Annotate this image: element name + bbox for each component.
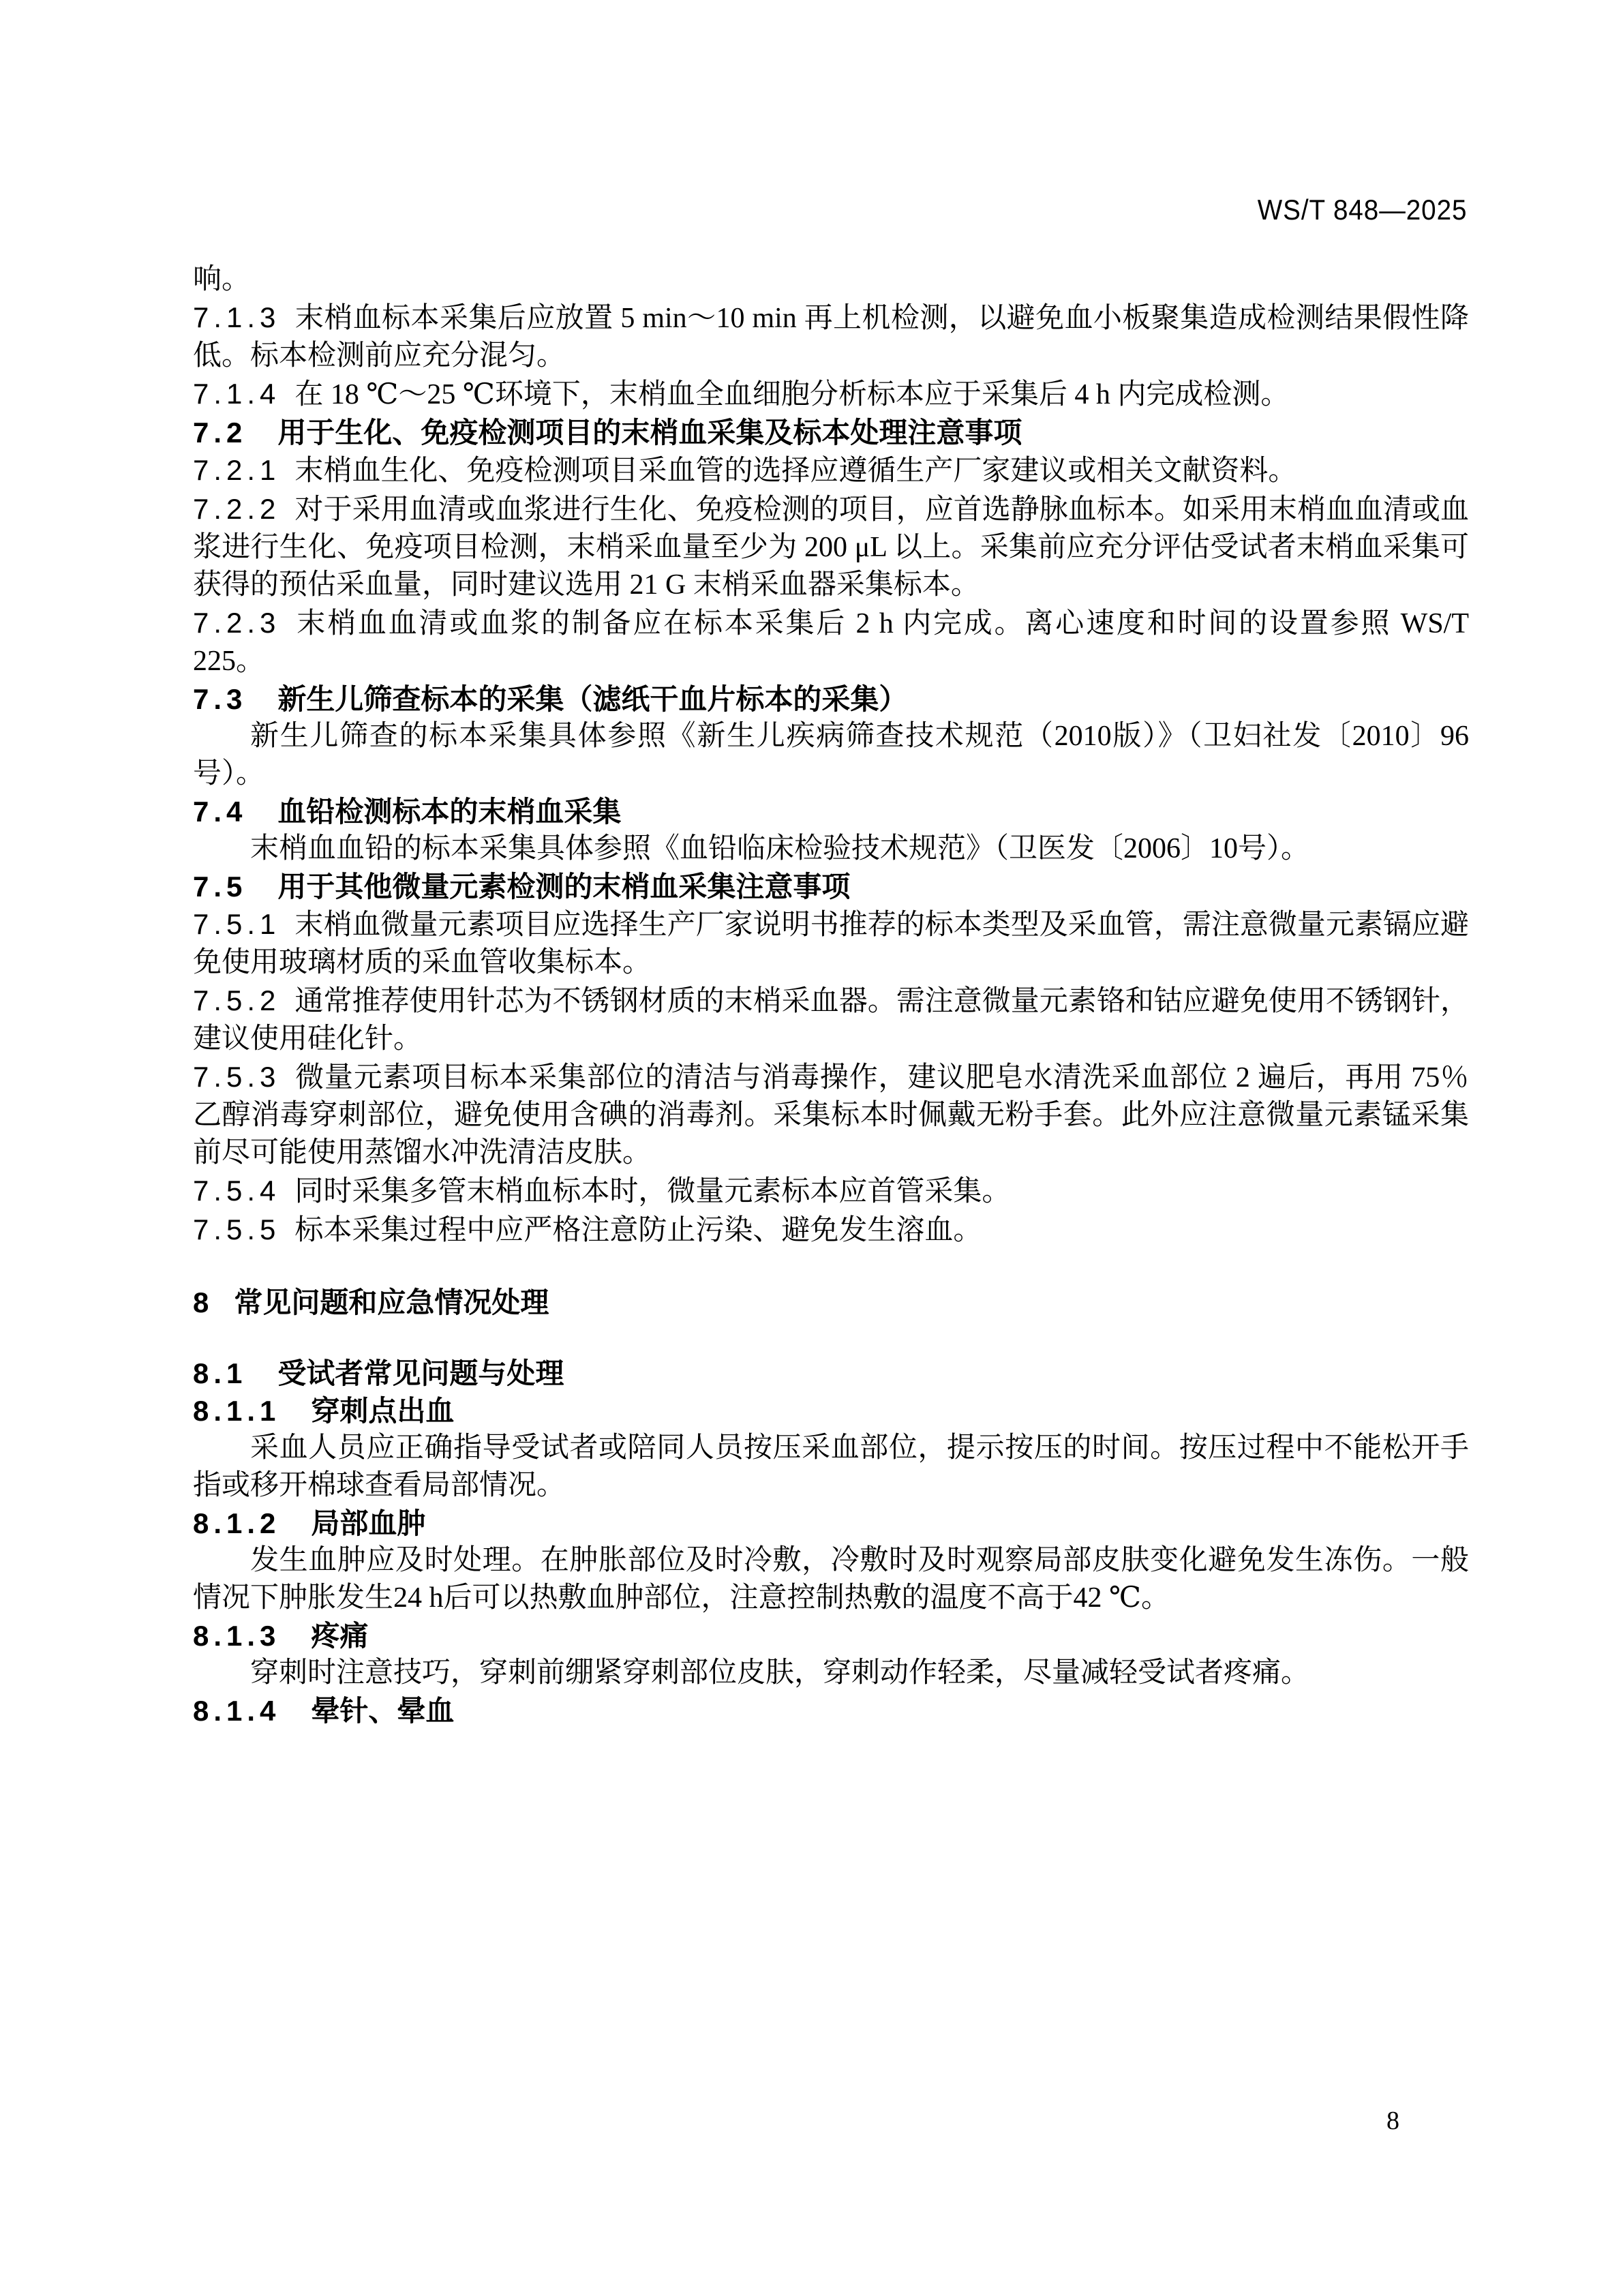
clause-text: 新生儿筛查的标本采集具体参照《新生儿疾病筛查技术规范（2010版）》（卫妇社发〔… (193, 721, 1469, 789)
paragraph: 采血人员应正确指导受试者或陪同人员按压采血部位，提示按压的时间。按压过程中不能松… (193, 1430, 1469, 1505)
clause-number: 8 (193, 1286, 213, 1318)
clause-text: 常见问题和应急情况处理 (234, 1286, 549, 1318)
clause-text: 微量元素项目标本采集部位的清洁与消毒操作，建议肥皂水清洗采血部位 2 遍后，再用… (193, 1062, 1469, 1168)
clause-text: 末梢血血铅的标本采集具体参照《血铅临床检验技术规范》（卫医发〔2006〕10号）… (250, 833, 1309, 864)
heading-8.1.3: 8.1.3疼痛 (193, 1617, 1469, 1655)
clause-text: 局部血肿 (311, 1507, 425, 1539)
clause-text: 用于生化、免疫检测项目的末梢血采集及标本处理注意事项 (277, 417, 1022, 449)
clause-7.2.2: 7.2.2对于采用血清或血浆进行生化、免疫检测的项目，应首选静脉血标本。如采用末… (193, 490, 1469, 604)
paragraph: 响。 (193, 261, 1469, 299)
heading-7.3: 7.3新生儿筛查标本的采集（滤纸干血片标本的采集） (193, 680, 1469, 718)
clause-number: 8.1.4 (193, 1695, 280, 1727)
paragraph: 发生血肿应及时处理。在肿胀部位及时冷敷，冷敷时及时观察局部皮肤变化避免发生冻伤。… (193, 1542, 1469, 1617)
heading-8: 8常见问题和应急情况处理 (193, 1284, 1469, 1321)
clause-text: 疼痛 (311, 1620, 368, 1652)
clause-number: 8.1.3 (193, 1620, 280, 1652)
clause-text: 末梢血血清或血浆的制备应在标本采集后 2 h 内完成。离心速度和时间的设置参照 … (193, 608, 1469, 677)
clause-number: 7.2.2 (193, 493, 280, 525)
clause-text: 新生儿筛查标本的采集（滤纸干血片标本的采集） (277, 683, 907, 715)
heading-7.4: 7.4血铅检测标本的末梢血采集 (193, 793, 1469, 830)
clause-7.1.3: 7.1.3末梢血标本采集后应放置 5 min～10 min 再上机检测，以避免血… (193, 299, 1469, 375)
paragraph: 新生儿筛查的标本采集具体参照《新生儿疾病筛查技术规范（2010版）》（卫妇社发〔… (193, 718, 1469, 793)
page-header-standard-number: WS/T 848—2025 (1257, 194, 1467, 226)
clause-text: 末梢血微量元素项目应选择生产厂家说明书推荐的标本类型及采血管，需注意微量元素镉应… (193, 909, 1469, 978)
clause-text: 血铅检测标本的末梢血采集 (277, 796, 621, 828)
page-number: 8 (1386, 2108, 1399, 2134)
heading-8.1.1: 8.1.1穿刺点出血 (193, 1392, 1469, 1430)
clause-text: 标本采集过程中应严格注意防止污染、避免发生溶血。 (294, 1215, 982, 1246)
clause-number: 7.2 (193, 417, 247, 449)
clause-text: 在 18 ℃～25 ℃环境下，末梢血全血细胞分析标本应于采集后 4 h 内完成检… (294, 379, 1289, 410)
heading-7.5: 7.5用于其他微量元素检测的末梢血采集注意事项 (193, 868, 1469, 905)
clause-number: 7.5.4 (193, 1175, 280, 1207)
clause-number: 7.1.3 (193, 301, 280, 333)
clause-7.5.1: 7.5.1末梢血微量元素项目应选择生产厂家说明书推荐的标本类型及采血管，需注意微… (193, 905, 1469, 982)
clause-number: 7.5.1 (193, 908, 280, 940)
clause-7.5.2: 7.5.2通常推荐使用针芯为不锈钢材质的末梢采血器。需注意微量元素铬和钴应避免使… (193, 982, 1469, 1058)
clause-number: 7.4 (193, 796, 247, 828)
clause-7.5.5: 7.5.5标本采集过程中应严格注意防止污染、避免发生溶血。 (193, 1211, 1469, 1250)
clause-text: 通常推荐使用针芯为不锈钢材质的末梢采血器。需注意微量元素铬和钴应避免使用不锈钢针… (193, 986, 1469, 1055)
clause-text: 受试者常见问题与处理 (277, 1357, 564, 1389)
clause-7.2.3: 7.2.3末梢血血清或血浆的制备应在标本采集后 2 h 内完成。离心速度和时间的… (193, 604, 1469, 680)
clause-number: 7.5.3 (193, 1061, 280, 1093)
clause-text: 采血人员应正确指导受试者或陪同人员按压采血部位，提示按压的时间。按压过程中不能松… (193, 1432, 1469, 1501)
clause-7.1.4: 7.1.4在 18 ℃～25 ℃环境下，末梢血全血细胞分析标本应于采集后 4 h… (193, 375, 1469, 414)
clause-number: 7.2.3 (193, 607, 280, 639)
clause-number: 7.5.5 (193, 1213, 280, 1245)
paragraph: 末梢血血铅的标本采集具体参照《血铅临床检验技术规范》（卫医发〔2006〕10号）… (193, 830, 1469, 868)
clause-number: 7.5.2 (193, 984, 280, 1016)
clause-number: 8.1 (193, 1357, 247, 1389)
clause-text: 响。 (193, 264, 250, 295)
heading-7.2: 7.2用于生化、免疫检测项目的末梢血采集及标本处理注意事项 (193, 414, 1469, 451)
heading-8.1.2: 8.1.2局部血肿 (193, 1505, 1469, 1542)
heading-8.1: 8.1受试者常见问题与处理 (193, 1355, 1469, 1392)
clause-number: 7.2.1 (193, 454, 280, 486)
clause-number: 7.1.4 (193, 378, 280, 410)
document-body: 响。7.1.3末梢血标本采集后应放置 5 min～10 min 再上机检测，以避… (193, 261, 1469, 1729)
clause-number: 7.3 (193, 683, 247, 715)
clause-7.5.3: 7.5.3微量元素项目标本采集部位的清洁与消毒操作，建议肥皂水清洗采血部位 2 … (193, 1058, 1469, 1172)
clause-text: 对于采用血清或血浆进行生化、免疫检测的项目，应首选静脉血标本。如采用末梢血血清或… (193, 494, 1469, 601)
clause-number: 7.5 (193, 871, 247, 903)
clause-7.2.1: 7.2.1末梢血生化、免疫检测项目采血管的选择应遵循生产厂家建议或相关文献资料。 (193, 451, 1469, 490)
heading-8.1.4: 8.1.4晕针、晕血 (193, 1692, 1469, 1729)
clause-text: 用于其他微量元素检测的末梢血采集注意事项 (277, 871, 850, 903)
clause-7.5.4: 7.5.4同时采集多管末梢血标本时，微量元素标本应首管采集。 (193, 1172, 1469, 1211)
clause-text: 末梢血标本采集后应放置 5 min～10 min 再上机检测，以避免血小板聚集造… (193, 303, 1469, 372)
clause-text: 穿刺点出血 (311, 1395, 454, 1427)
clause-text: 末梢血生化、免疫检测项目采血管的选择应遵循生产厂家建议或相关文献资料。 (294, 455, 1296, 487)
paragraph: 穿刺时注意技巧，穿刺前绷紧穿刺部位皮肤，穿刺动作轻柔，尽量减轻受试者疼痛。 (193, 1655, 1469, 1692)
clause-text: 穿刺时注意技巧，穿刺前绷紧穿刺部位皮肤，穿刺动作轻柔，尽量减轻受试者疼痛。 (250, 1657, 1309, 1689)
clause-text: 同时采集多管末梢血标本时，微量元素标本应首管采集。 (294, 1176, 1010, 1207)
standard-document-page: WS/T 848—2025 响。7.1.3末梢血标本采集后应放置 5 min～1… (0, 0, 1623, 2296)
clause-text: 发生血肿应及时处理。在肿胀部位及时冷敷，冷敷时及时观察局部皮肤变化避免发生冻伤。… (193, 1545, 1469, 1614)
clause-number: 8.1.1 (193, 1395, 280, 1427)
clause-number: 8.1.2 (193, 1507, 280, 1539)
clause-text: 晕针、晕血 (311, 1695, 454, 1727)
